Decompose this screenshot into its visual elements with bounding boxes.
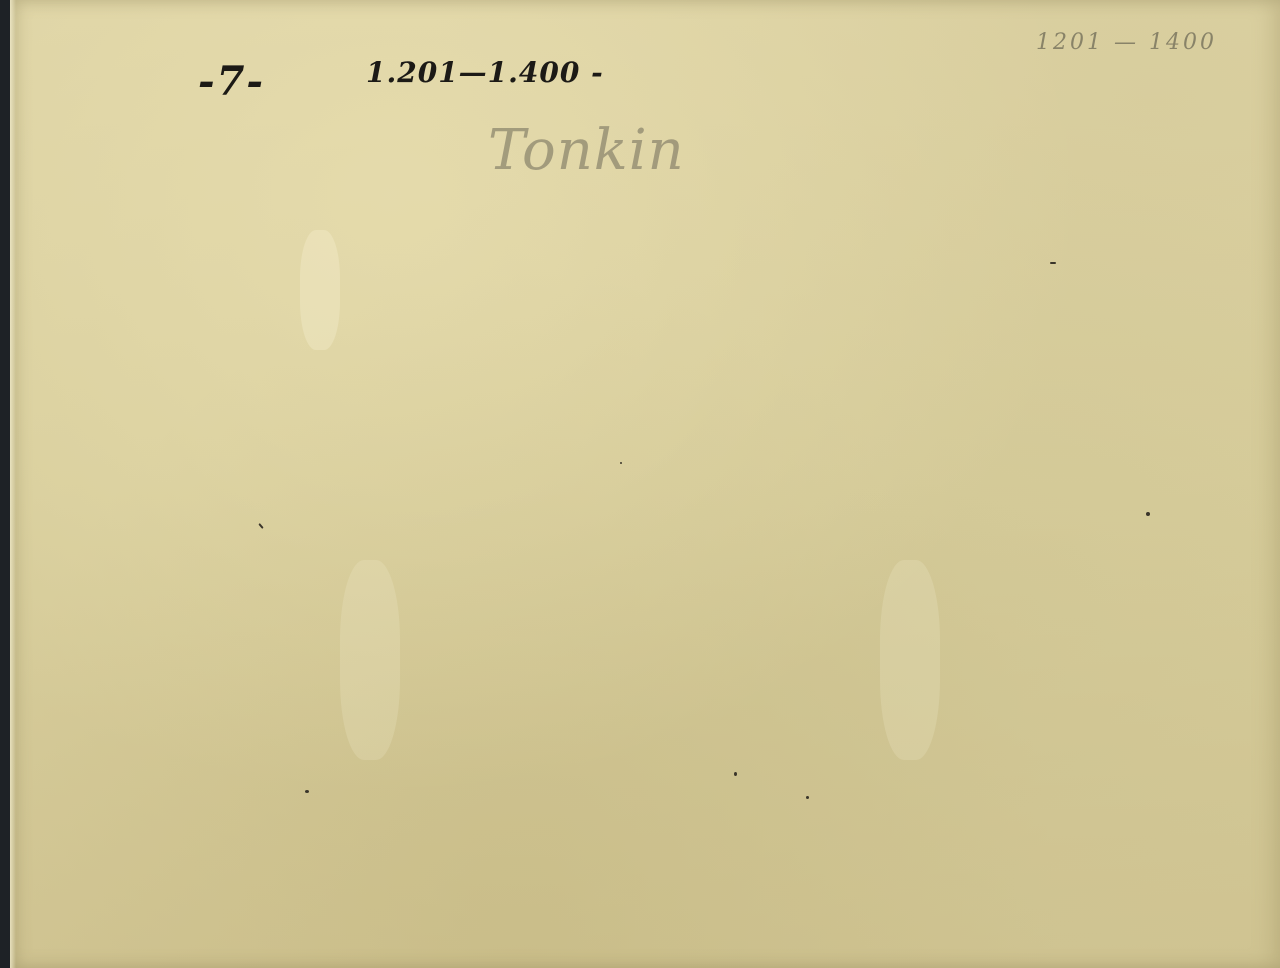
paper-speck <box>806 796 809 799</box>
paper-stain <box>880 560 940 760</box>
paper-speck <box>1146 512 1150 516</box>
paper-stain <box>300 230 340 350</box>
paper-speck <box>1050 262 1056 264</box>
page-left-edge <box>10 0 16 968</box>
record-range-pencil: 1201 — 1400 <box>1036 30 1217 55</box>
section-number: -7- <box>198 58 265 105</box>
pencil-annotation: Tonkin <box>488 118 685 183</box>
paper-speck <box>734 772 737 776</box>
record-range-ink: 1.201—1.400 - <box>366 56 604 89</box>
paper-stain <box>340 560 400 760</box>
paper-speck <box>620 462 622 464</box>
paper-speck <box>305 790 309 793</box>
